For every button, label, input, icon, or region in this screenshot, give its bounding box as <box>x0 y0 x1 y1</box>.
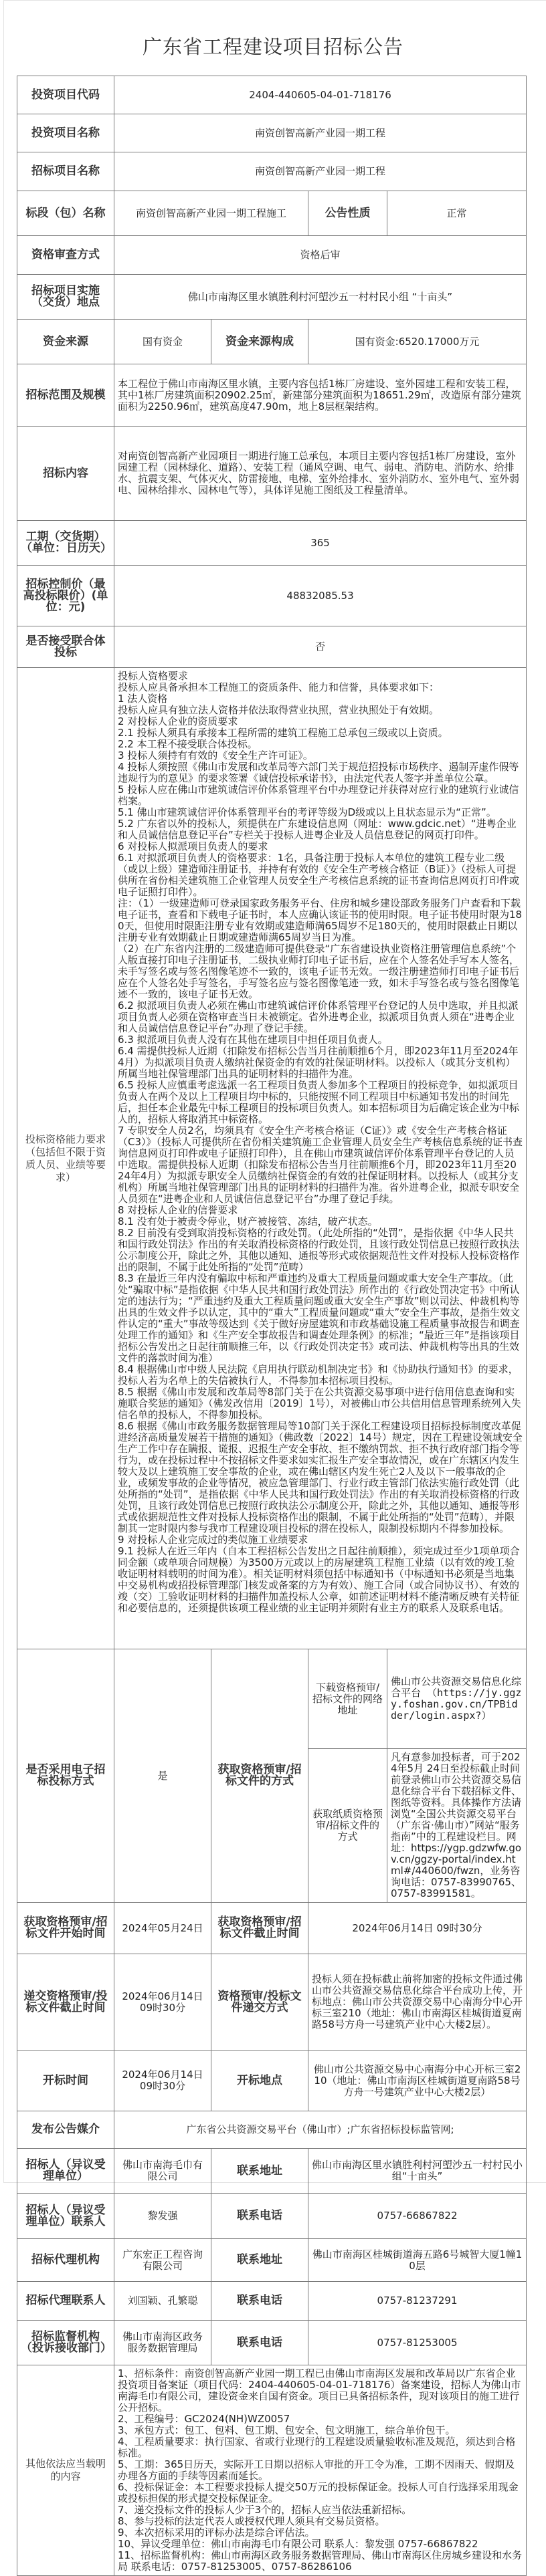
label: 招标人（异议受理单位）联系人 <box>17 2194 114 2239</box>
other-lines: 1、招标条件：南资创智高新产业园一期工程已由佛山市南海区发展和改革局以广东省企业… <box>118 2368 523 2573</box>
row-project-name: 投资项目名称 南资创智高新产业园一期工程 <box>17 114 527 152</box>
text-line: 6 对投标人拟派项目负责人的要求 <box>118 841 523 852</box>
text-line: 投标人应具有独立法人资格并依法取得营业执照，营业执照处于有效期。 <box>118 705 523 716</box>
text-line: 10、异议受理单位：佛山市南海毛巾有限公司 联系人：黎发强 0757-66867… <box>118 2539 523 2550</box>
row-other: 其他依法应当载明的内容 1、招标条件：南资创智高新产业园一期工程已由佛山市南海区… <box>17 2365 527 2576</box>
row-doc-time: 获取资格预审/招标文件开始时间 2024年05月24日 获取资格预审/招标文件截… <box>17 1903 527 1954</box>
consortium-value: 否 <box>114 626 527 668</box>
text-line: 11、招标监督机构：佛山市南海区政务服务数据管理局、佛山市南海区住房城乡建设和水… <box>118 2550 523 2573</box>
row-agency-contact: 招标代理联系人 刘国颖、孔繁聪 联系电话 0757-81237291 <box>17 2282 527 2321</box>
row-supervisor: 招标监督机构（投诉接收部门） 佛山市南海区政务服务数据管理局 联系电话 0757… <box>17 2321 527 2365</box>
duration-value: 365 <box>114 521 527 566</box>
text-line: 8.5 根据《佛山市发展和改革局等8部门关于在公共资源交易事项中进行信用信息查询… <box>118 1387 523 1421</box>
other-value: 1、招标条件：南资创智高新产业园一期工程已由佛山市南海区发展和改革局以广东省企业… <box>114 2365 527 2576</box>
text-line: 5.2 广东省以外的投标人，须提供在广东建设信息网（网址：www.gdcic.n… <box>118 818 523 841</box>
text-line: 6、投标保证金：本工程要求投标人提交50万元的投标保证金。投标人可自行选择采用现… <box>118 2482 523 2504</box>
label: 是否采用电子招标投标方式 <box>17 1649 114 1903</box>
label: 获取纸质资格预审/招标文件的方式 <box>308 1749 387 1903</box>
row-electronic-download: 是否采用电子招标投标方式 是 获取资格预审/招标文件的方式 下载资格预审/招标文… <box>17 1649 527 1749</box>
row-location: 招标项目实施（交货）地点 佛山市南海区里水镇胜利村河塱沙五一村村民小组 “十亩头… <box>17 275 527 320</box>
submit-method-value: 投标人须在投标截止前将加密的投标文件通过佛山市公共资源交易信息化综合平台成功上传… <box>308 1954 527 2051</box>
label: 发布公告媒介 <box>17 2111 114 2149</box>
text-line: 8、参与投标的法定代表人或授权代理人须具有交易员资格。 <box>118 2516 523 2527</box>
text-line: 8 对投标人企业的信誉要求 <box>118 1205 523 1216</box>
text-line: 9 对投标人企业完成过的类似施工业绩要求 <box>118 1534 523 1546</box>
control-price-value: 48832085.53 <box>114 566 527 626</box>
text-line: 2 对投标人企业的资质要求 <box>118 716 523 727</box>
label: 投资项目代码 <box>17 76 114 114</box>
row-media: 发布公告媒介 广东省公共资源交易平台（佛山市）;广东省招标投标监管网; <box>17 2111 527 2149</box>
text-line: 6.2 拟派项目负责人必须在佛山市建筑诚信评价体系管理平台登记的人员中选取，并且… <box>118 1000 523 1034</box>
text-line: 9、本次招标采用的评标办法是综合评估法。 <box>118 2527 523 2539</box>
text-line: （2）在广东省内注册的二级建造师可提供登录“广东省建设执业资格注册管理信息系统”… <box>118 943 523 1000</box>
text-line: 3 投标人须持有有效的《安全生产许可证》。 <box>118 750 523 762</box>
agency-value: 广东宏正工程咨询有限公司 <box>114 2239 211 2282</box>
text-line: 6.1 对拟派项目负责人的资格要求：1名，具备注册于投标人本单位的建筑工程专业二… <box>118 852 523 898</box>
text-line: 投标人应具备承担本工程施工的资质条件、能力和信誉，具体要求如下： <box>118 682 523 693</box>
opening-place-value: 佛山市公共资源交易中心南海分中心开标三室210（地址：佛山市南海区桂城街道夏南路… <box>308 2051 527 2111</box>
label: 招标代理机构 <box>17 2239 114 2282</box>
location-value: 佛山市南海区里水镇胜利村河塱沙五一村村民小组 “十亩头” <box>114 275 527 320</box>
electronic-value: 是 <box>114 1649 211 1903</box>
media-value: 广东省公共资源交易平台（佛山市）;广东省招标投标监管网; <box>114 2111 527 2149</box>
paper-method-value: 凡有意参加投标者，可于2024年5月 24日至投标截止时间前登录佛山市公共资源交… <box>387 1749 527 1903</box>
text-line: 1 法人资格 <box>118 693 523 705</box>
text-line: 7 专职安全人员2名，均须具有《安全生产考核合格证（C证）》或《安全生产考核合格… <box>118 1125 523 1205</box>
doc-end-value: 2024年06月14日 09时30分 <box>308 1903 527 1954</box>
text-line: 注：（1）一级建造师可登录国家政务服务平台、住房和城乡建设部政务服务门户查看和下… <box>118 898 523 943</box>
label: 获取资格预审/招标文件开始时间 <box>17 1903 114 1954</box>
doc-start-value: 2024年05月24日 <box>114 1903 211 1954</box>
text-line: 8.3 在最近三年内没有骗取中标和严重违约及重大工程质量问题或重大安全生产事故。… <box>118 1273 523 1364</box>
row-review-method: 资格审查方式 资格后审 <box>17 236 527 275</box>
label: 标段（包）名称 <box>17 191 114 236</box>
row-qualification: 投标资格能力要求（包括但不限于资质人员、业绩等要求） 投标人资格要求投标人应具备… <box>17 668 527 1649</box>
tenderer-contact-value: 黎发强 <box>114 2194 211 2239</box>
label: 招标范围及规模 <box>17 364 114 427</box>
row-consortium: 是否接受联合体投标 否 <box>17 626 527 668</box>
notice-nature-value: 正常 <box>387 191 527 236</box>
tenderer-address-value: 佛山市南海区里水镇胜利村河塱沙五一村村民小组“十亩头” <box>308 2149 527 2194</box>
row-agency: 招标代理机构 广东宏正工程咨询有限公司 联系地址 佛山市南海区桂城街道海五路6号… <box>17 2239 527 2282</box>
tender-notice-table: 投资项目代码 2404-440605-04-01-718176 投资项目名称 南… <box>17 76 527 2576</box>
page-title: 广东省工程建设项目招标公告 <box>0 32 546 60</box>
row-tender-project-name: 招标项目名称 南资创智高新产业园一期工程 <box>17 152 527 191</box>
row-project-code: 投资项目代码 2404-440605-04-01-718176 <box>17 76 527 114</box>
text-line: 5.1 佛山市建筑诚信评价体系管理平台的考评等级为D级或以上且状态显示为“正常”… <box>118 807 523 818</box>
label: 获取资格预审/招标文件截止时间 <box>211 1903 308 1954</box>
label: 联系电话 <box>211 2282 308 2321</box>
label: 投标资格能力要求（包括但不限于资质人员、业绩等要求） <box>17 668 114 1649</box>
row-tenderer: 招标人（异议受理单位） 佛山市南海毛巾有限公司 联系地址 佛山市南海区里水镇胜利… <box>17 2149 527 2194</box>
label: 招标项目名称 <box>17 152 114 191</box>
label: 开标时间 <box>17 2051 114 2111</box>
label: 资格审查方式 <box>17 236 114 275</box>
tenderer-value: 佛山市南海毛巾有限公司 <box>114 2149 211 2194</box>
text-line: 8.2 目前没有受到取消投标资格的行政处罚。（此处所指的“处罚”，是指依据《中华… <box>118 1227 523 1273</box>
label: 招标监督机构（投诉接收部门） <box>17 2321 114 2365</box>
row-content: 招标内容 对南资创智高新产业园项目一期进行施工总承包，本项目主要内容包括1栋厂房… <box>17 427 527 521</box>
label: 资格预审/投标文件递交方式 <box>211 1954 308 2051</box>
label: 招标人（异议受理单位） <box>17 2149 114 2194</box>
label: 联系地址 <box>211 2149 308 2194</box>
label: 开标地点 <box>211 2051 308 2111</box>
label: 获取资格预审/招标文件的方式 <box>211 1649 308 1903</box>
text-line: 8.1 没有处于被责令停业，财产被接管、冻结，破产状态。 <box>118 1216 523 1227</box>
row-submit: 递交资格预审/投标文件截止时间 2024年06月14日 09时30分 资格预审/… <box>17 1954 527 2051</box>
supervisor-value: 佛山市南海区政务服务数据管理局 <box>114 2321 211 2365</box>
qualification-lines: 投标人资格要求投标人应具备承担本工程施工的资质条件、能力和信誉，具体要求如下：1… <box>118 671 523 1614</box>
review-method-value: 资格后审 <box>114 236 527 275</box>
label: 招标控制价（最高投标限价）(单位：元) <box>17 566 114 626</box>
label: 投资项目名称 <box>17 114 114 152</box>
row-section-name: 标段（包）名称 南资创智高新产业园一期工程施工 公告性质 正常 <box>17 191 527 236</box>
funding-composition-value: 国有资金:6520.17000万元 <box>308 320 527 364</box>
label: 资金来源 <box>17 320 114 364</box>
text-line: 2、工程编号：GC2024(NH)WZ0057 <box>118 2414 523 2425</box>
text-line: 9.1 投标人在近三年内（自本工程招标公告发出之日起往前顺推），须完成过至少1项… <box>118 1546 523 1614</box>
row-control-price: 招标控制价（最高投标限价）(单位：元) 48832085.53 <box>17 566 527 626</box>
row-funding: 资金来源 国有资金 资金来源构成 国有资金:6520.17000万元 <box>17 320 527 364</box>
submit-deadline-value: 2024年06月14日 09时30分 <box>114 1954 211 2051</box>
agency-contact-value: 刘国颖、孔繁聪 <box>114 2282 211 2321</box>
project-code-value: 2404-440605-04-01-718176 <box>114 76 527 114</box>
label: 递交资格预审/投标文件截止时间 <box>17 1954 114 2051</box>
agency-address-value: 佛山市南海区桂城街道海五路6号城智大厦1幢10层 <box>308 2239 527 2282</box>
text-line: 6.5 投标人应慎重考虑选派一名工程项目负责人参加多个工程项目的投标竞争，如拟派… <box>118 1080 523 1125</box>
text-line: 投标人资格要求 <box>118 671 523 682</box>
label: 招标代理联系人 <box>17 2282 114 2321</box>
section-name-value: 南资创智高新产业园一期工程施工 <box>114 191 308 236</box>
label: 资金来源构成 <box>211 320 308 364</box>
text-line: 3、承包方式：包工、包料、包工期、包安全、包文明施工，综合单价包干。 <box>118 2425 523 2436</box>
qualification-value: 投标人资格要求投标人应具备承担本工程施工的资质条件、能力和信誉，具体要求如下：1… <box>114 668 527 1649</box>
text-line: 8.4 根据佛山市中级人民法院《启用执行联动机制决定书》和《协助执行通知书》的要… <box>118 1364 523 1387</box>
text-line: 1、招标条件：南资创智高新产业园一期工程已由佛山市南海区发展和改革局以广东省企业… <box>118 2368 523 2414</box>
download-url-value[interactable]: 佛山市公共资源交易信息化综合平台 （https://jy.ggzy.foshan… <box>387 1649 527 1749</box>
text-line: 5 投标人应在佛山市建筑诚信评价体系管理平台中办理登记并获得对应行业的建筑行业诚… <box>118 784 523 807</box>
text-line: 7、递交投标文件的投标人少于3个的，招标人应当依法重新招标。 <box>118 2504 523 2516</box>
text-line: 6.3 拟派项目负责人没有在其他在建项目中担任项目负责人。 <box>118 1034 523 1046</box>
supervisor-phone-value: 0757-81253005 <box>308 2321 527 2365</box>
row-opening: 开标时间 2024年06月14日 09时30分 开标地点 佛山市公共资源交易中心… <box>17 2051 527 2111</box>
label: 招标项目实施（交货）地点 <box>17 275 114 320</box>
row-scope: 招标范围及规模 本工程位于佛山市南海区里水镇，主要内容包括1栋厂房建设、室外园建… <box>17 364 527 427</box>
label: 联系电话 <box>211 2194 308 2239</box>
label: 招标内容 <box>17 427 114 521</box>
label: 下载资格预审/招标文件的网络地址 <box>308 1649 387 1749</box>
label: 联系地址 <box>211 2239 308 2282</box>
label: 公告性质 <box>308 191 387 236</box>
text-line: 4 投标人须按照《佛山市发展和改革局等六部门关于规范招投标市场秩序、遏制弄虚作假… <box>118 762 523 784</box>
opening-time-value: 2024年06月14日 09时30分 <box>114 2051 211 2111</box>
text-line: 2.2 本工程不接受联合体投标。 <box>118 739 523 750</box>
label: 联系电话 <box>211 2321 308 2365</box>
tender-project-name-value: 南资创智高新产业园一期工程 <box>114 152 527 191</box>
text-line: 4、工程质量要求：执行国家、省或行业现行的工程建设质量验收标准及规范，须达到合格… <box>118 2436 523 2459</box>
scope-value: 本工程位于佛山市南海区里水镇，主要内容包括1栋厂房建设、室外园建工程和安装工程，… <box>114 364 527 427</box>
funding-value: 国有资金 <box>114 320 211 364</box>
label: 工期（交货期）（单位：日历天） <box>17 521 114 566</box>
text-line: 8.6 根据《佛山市政务服务数据管理局等10部门关于深化工程建设项目招标投标制度… <box>118 1421 523 1534</box>
tenderer-phone-value: 0757-66867822 <box>308 2194 527 2239</box>
content-value: 对南资创智高新产业园项目一期进行施工总承包，本项目主要内容包括1栋厂房建设，室外… <box>114 427 527 521</box>
text-line: 6.4 需提供投标人近期（扣除发布招标公告当月往前顺推6个月，即2023年11月… <box>118 1046 523 1080</box>
row-tenderer-contact: 招标人（异议受理单位）联系人 黎发强 联系电话 0757-66867822 <box>17 2194 527 2239</box>
agency-phone-value: 0757-81237291 <box>308 2282 527 2321</box>
text-line: 2.1 投标人须具有承接本工程所需的建筑工程施工总承包三级或以上资质。 <box>118 727 523 739</box>
label: 其他依法应当载明的内容 <box>17 2365 114 2576</box>
project-name-value: 南资创智高新产业园一期工程 <box>114 114 527 152</box>
text-line: 5、工期：365日历天，实际开工日期以招标人审批的开工令为准，工期不因雨天、假期… <box>118 2459 523 2482</box>
label: 是否接受联合体投标 <box>17 626 114 668</box>
row-duration: 工期（交货期）（单位：日历天） 365 <box>17 521 527 566</box>
